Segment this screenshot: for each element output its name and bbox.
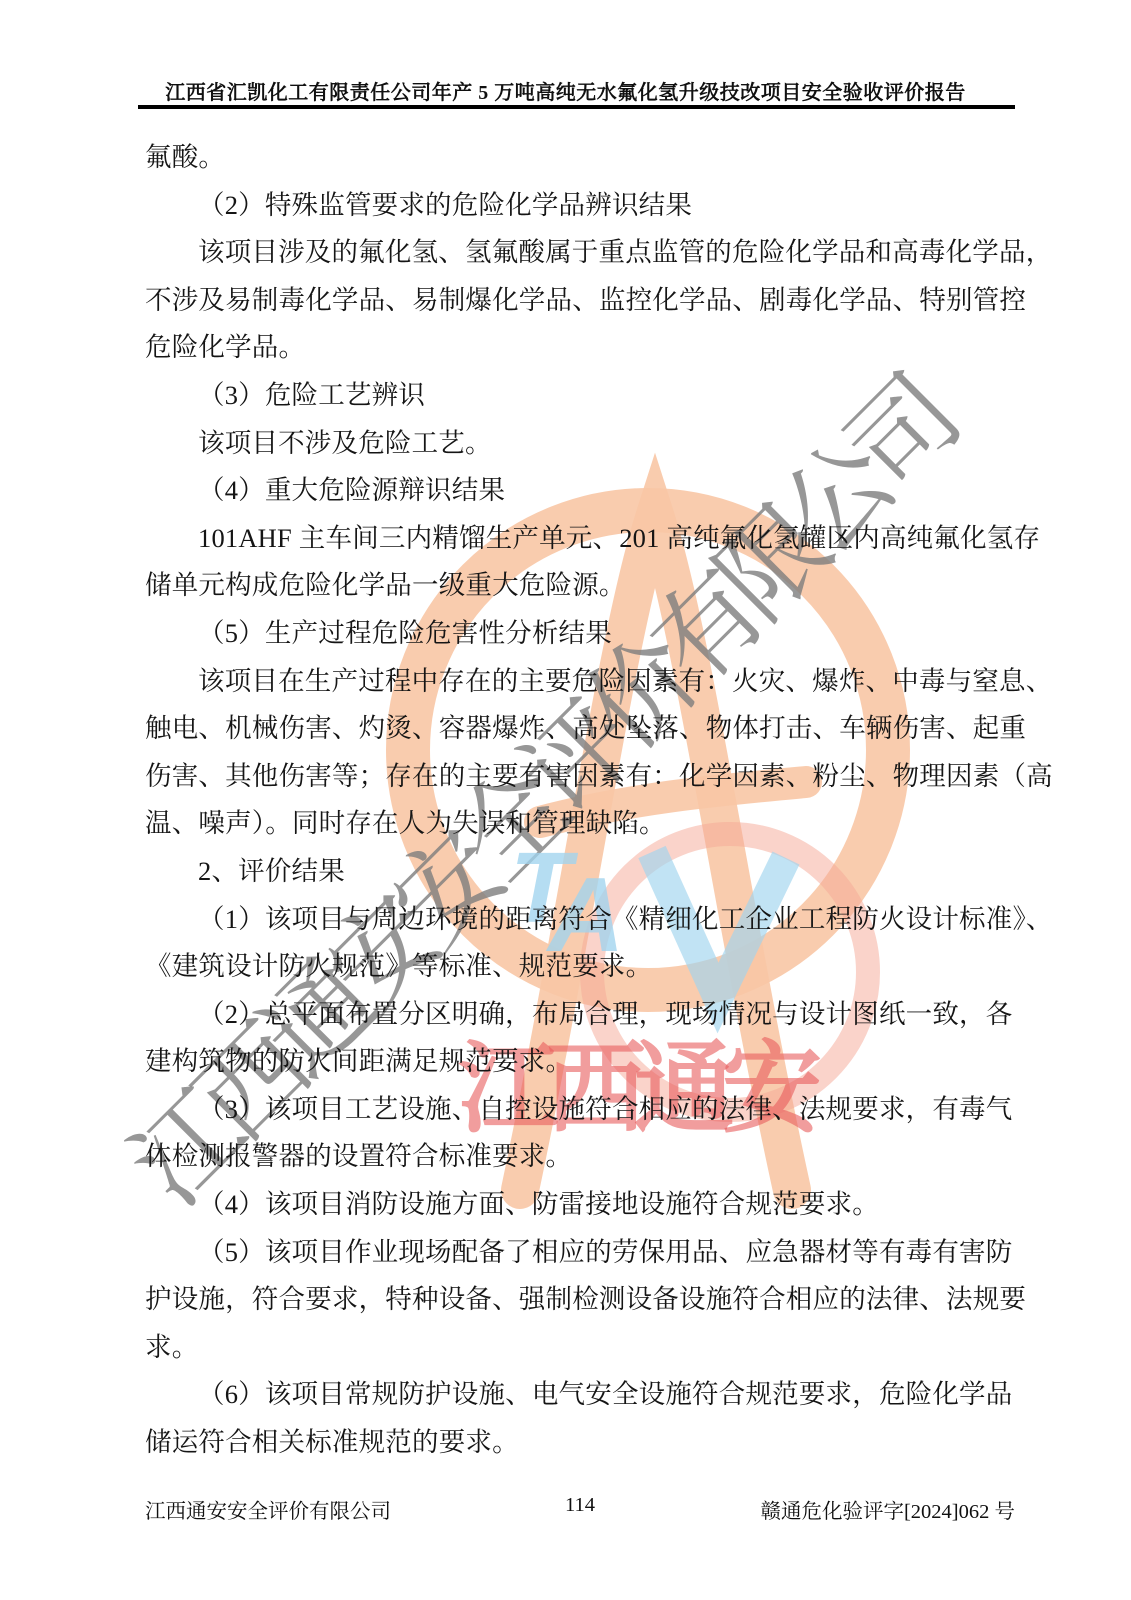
text-line: （5）该项目作业现场配备了相应的劳保用品、应急器材等有毒有害防 (145, 1229, 1017, 1277)
text-line-content: 储单元构成危险化学品一级重大危险源。 (145, 570, 626, 600)
text-line-content: 伤害、其他伤害等；存在的主要有害因素有：化学因素、粉尘、物理因素（高 (145, 761, 1053, 791)
text-line: 求。 (145, 1324, 1017, 1372)
text-line: 该项目在生产过程中存在的主要危险因素有：火灾、爆炸、中毒与窒息、 (145, 658, 1017, 706)
text-line-content: 温、噪声）。同时存在人为失误和管理缺陷。 (145, 808, 666, 838)
text-line: （2）总平面布置分区明确，布局合理，现场情况与设计图纸一致，各 (145, 991, 1017, 1039)
footer-doc-number: 赣通危化验评字[2024]062 号 (760, 1494, 1015, 1524)
text-line-content: （5）生产过程危险危害性分析结果 (198, 618, 612, 648)
header-rule (138, 105, 1015, 109)
text-line-content: 体检测报警器的设置符合标准要求。 (145, 1141, 572, 1171)
document-page: 江西通安安全评价有限公司 江西通安 T A 江西省汇凯化工有限责任公司年产 5 … (0, 0, 1131, 1600)
text-line-content: 该项目不涉及危险工艺。 (198, 428, 492, 458)
text-line: （1）该项目与周边环境的距离符合《精细化工企业工程防火设计标准》、 (145, 896, 1017, 944)
text-line-content: （2）总平面布置分区明确，布局合理，现场情况与设计图纸一致，各 (198, 999, 1012, 1029)
text-line-content: 不涉及易制毒化学品、易制爆化学品、监控化学品、剧毒化学品、特别管控 (145, 285, 1026, 315)
text-line: （4）重大危险源辩识结果 (145, 467, 1017, 515)
text-line-content: 2、评价结果 (198, 856, 345, 886)
text-line-content: （4）该项目消防设施方面、防雷接地设施符合规范要求。 (198, 1189, 879, 1219)
text-line: （3）该项目工艺设施、自控设施符合相应的法律、法规要求，有毒气 (145, 1086, 1017, 1134)
text-line: 101AHF 主车间三内精馏生产单元、201 高纯氟化氢罐区内高纯氟化氢存 (145, 515, 1017, 563)
text-line-content: （3）危险工艺辨识 (198, 380, 425, 410)
text-line-content: （3）该项目工艺设施、自控设施符合相应的法律、法规要求，有毒气 (198, 1094, 1012, 1124)
text-line: 储单元构成危险化学品一级重大危险源。 (145, 562, 1017, 610)
text-line-content: 《建筑设计防火规范》等标准、规范要求。 (145, 951, 652, 981)
text-line-content: 储运符合相关标准规范的要求。 (145, 1427, 519, 1457)
text-line: 该项目涉及的氟化氢、氢氟酸属于重点监管的危险化学品和高毒化学品， (145, 229, 1017, 277)
text-line: 不涉及易制毒化学品、易制爆化学品、监控化学品、剧毒化学品、特别管控 (145, 277, 1017, 325)
text-line: 伤害、其他伤害等；存在的主要有害因素有：化学因素、粉尘、物理因素（高 (145, 753, 1017, 801)
text-line: 《建筑设计防火规范》等标准、规范要求。 (145, 943, 1017, 991)
text-line-content: 求。 (145, 1332, 198, 1362)
text-line-content: 该项目在生产过程中存在的主要危险因素有：火灾、爆炸、中毒与窒息、 (198, 666, 1052, 696)
text-line: 该项目不涉及危险工艺。 (145, 420, 1017, 468)
page-header-title: 江西省汇凯化工有限责任公司年产 5 万吨高纯无水氟化氢升级技改项目安全验收评价报… (0, 76, 1131, 105)
text-line: （2）特殊监管要求的危险化学品辨识结果 (145, 182, 1017, 230)
text-line-content: 氟酸。 (145, 142, 225, 172)
text-line-content: （2）特殊监管要求的危险化学品辨识结果 (198, 190, 692, 220)
text-line: 危险化学品。 (145, 324, 1017, 372)
text-line: 护设施，符合要求，特种设备、强制检测设备设施符合相应的法律、法规要 (145, 1276, 1017, 1324)
text-line-content: （5）该项目作业现场配备了相应的劳保用品、应急器材等有毒有害防 (198, 1237, 1012, 1267)
text-line: 储运符合相关标准规范的要求。 (145, 1419, 1017, 1467)
text-line-content: （6）该项目常规防护设施、电气安全设施符合规范要求，危险化学品 (198, 1379, 1012, 1409)
text-line-content: 101AHF 主车间三内精馏生产单元、201 高纯氟化氢罐区内高纯氟化氢存 (198, 523, 1040, 553)
text-line: （4）该项目消防设施方面、防雷接地设施符合规范要求。 (145, 1181, 1017, 1229)
text-line: 氟酸。 (145, 134, 1017, 182)
text-line: （3）危险工艺辨识 (145, 372, 1017, 420)
text-line: 建构筑物的防火间距满足规范要求。 (145, 1038, 1017, 1086)
text-line: 温、噪声）。同时存在人为失误和管理缺陷。 (145, 800, 1017, 848)
text-line-content: 触电、机械伤害、灼烫、容器爆炸、高处坠落、物体打击、车辆伤害、起重 (145, 713, 1026, 743)
text-line-content: 护设施，符合要求，特种设备、强制检测设备设施符合相应的法律、法规要 (145, 1284, 1026, 1314)
text-line: 触电、机械伤害、灼烫、容器爆炸、高处坠落、物体打击、车辆伤害、起重 (145, 705, 1017, 753)
text-line-content: 该项目涉及的氟化氢、氢氟酸属于重点监管的危险化学品和高毒化学品， (198, 237, 1052, 267)
text-line-content: 建构筑物的防火间距满足规范要求。 (145, 1046, 572, 1076)
document-body: 氟酸。 （2）特殊监管要求的危险化学品辨识结果 该项目涉及的氟化氢、氢氟酸属于重… (145, 134, 1017, 1467)
page-footer: 江西通安安全评价有限公司 114 赣通危化验评字[2024]062 号 (145, 1494, 1015, 1522)
text-line-content: （4）重大危险源辩识结果 (198, 475, 505, 505)
text-line-content: （1）该项目与周边环境的距离符合《精细化工企业工程防火设计标准》、 (198, 904, 1053, 934)
text-line: （5）生产过程危险危害性分析结果 (145, 610, 1017, 658)
text-line-content: 危险化学品。 (145, 332, 305, 362)
text-line: 体检测报警器的设置符合标准要求。 (145, 1133, 1017, 1181)
text-line: 2、评价结果 (145, 848, 1017, 896)
text-line: （6）该项目常规防护设施、电气安全设施符合规范要求，危险化学品 (145, 1371, 1017, 1419)
